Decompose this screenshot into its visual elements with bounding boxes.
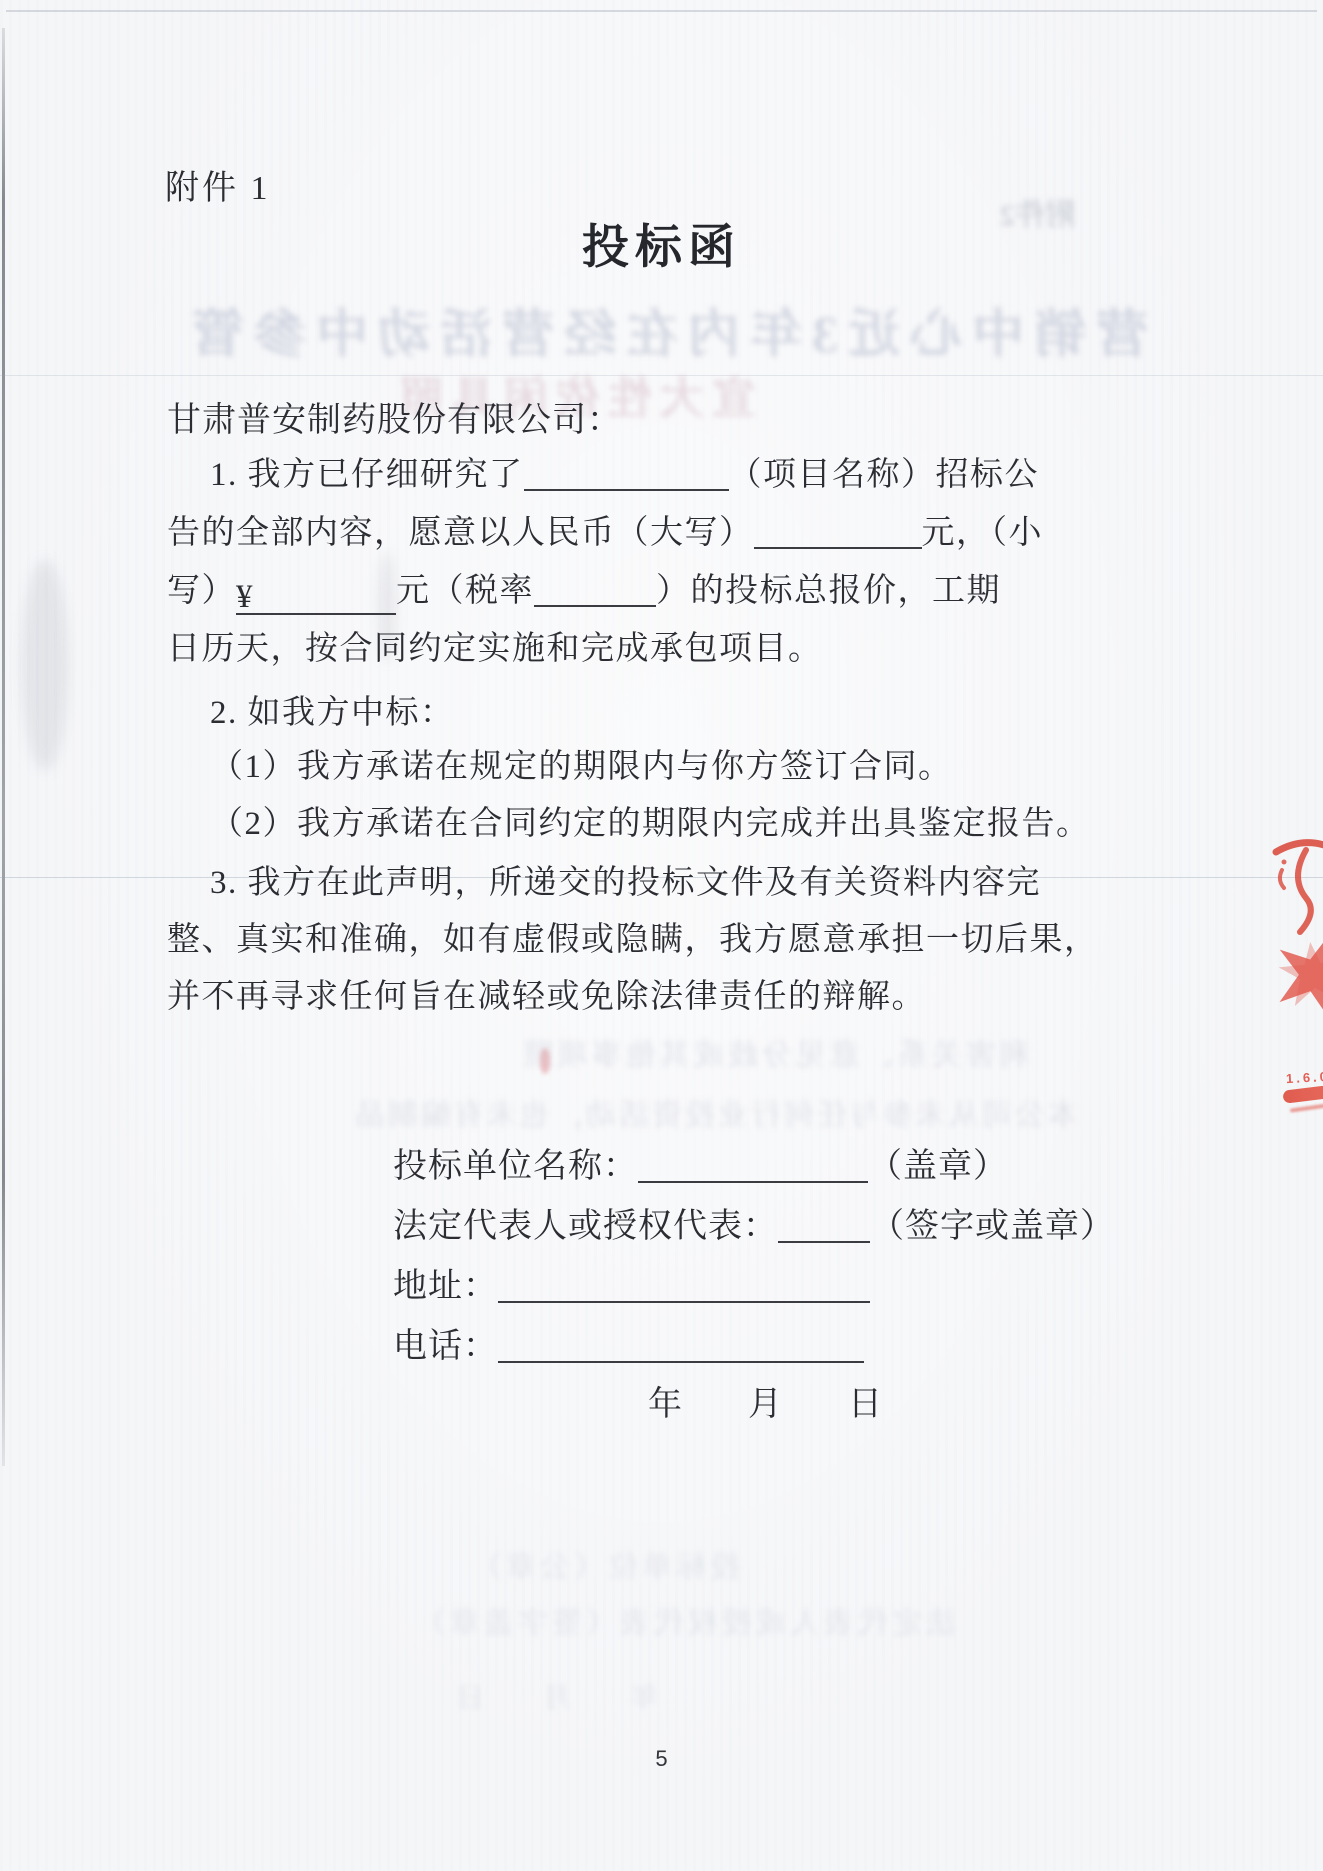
page-number: 5	[0, 1746, 1323, 1772]
legal-representative-row: 法定代表人或授权代表：（签字或盖章）	[393, 1198, 1115, 1247]
red-handwriting-stamp-fragment	[1272, 836, 1323, 940]
paragraph-2-item-2: （2）我方承诺在合同约定的期限内完成并出具鉴定报告。	[167, 797, 1070, 844]
red-stamp-streak-shadow	[1290, 1103, 1323, 1112]
legal-representative-blank	[778, 1207, 870, 1243]
date-day-label: 日	[848, 1386, 882, 1423]
amount-in-words-blank	[754, 513, 922, 549]
bidder-name-label: 投标单位名称：	[393, 1148, 638, 1185]
paragraph-1-line-1: 1. 我方已仔细研究了（项目名称）招标公	[167, 448, 1070, 495]
date-year-label: 年	[648, 1386, 682, 1423]
paragraph-text: 告的全部内容，愿意以人民币（大写）	[167, 515, 754, 551]
paragraph-1-line-2: 告的全部内容，愿意以人民币（大写）元，（小	[167, 506, 1027, 553]
project-name-blank	[524, 455, 729, 491]
red-star-stamp-fragment	[1276, 928, 1323, 1024]
tax-rate-blank	[534, 571, 656, 607]
paragraph-2: 2. 如我方中标：	[167, 686, 1070, 733]
bleedthrough-text: 投标单位（公章）	[468, 1542, 740, 1586]
scan-edge-top	[6, 10, 1317, 12]
phone-label: 电话：	[393, 1328, 498, 1365]
paragraph-text: （项目名称）招标公	[729, 457, 1040, 493]
paragraph-3-line-2: 整、真实和准确，如有虚假或隐瞒，我方愿意承担一切后果，	[167, 913, 1027, 960]
phone-blank	[498, 1327, 864, 1363]
paragraph-3-line-1: 3. 我方在此声明，所递交的投标文件及有关资料内容完	[167, 856, 1070, 903]
paragraph-text: 元，（小	[922, 515, 1044, 551]
paragraph-3-line-3: 并不再寻求任何旨在减轻或免除法律责任的辩解。	[167, 970, 1027, 1017]
paragraph-text: （1）我方承诺在规定的期限内与你方签订合同。	[210, 749, 953, 785]
address-label: 地址：	[393, 1268, 498, 1305]
red-ink-speck	[540, 1048, 550, 1074]
red-stamp-digits: 1.6.0	[1286, 1069, 1323, 1086]
paragraph-text: 日历天，按合同约定实施和完成承包项目。	[167, 631, 823, 667]
paragraph-2-item-1: （1）我方承诺在规定的期限内与你方签订合同。	[167, 740, 1070, 787]
attachment-label: 附件 1	[165, 160, 271, 209]
bleedthrough-text: 本公司从未参与任何行业投资活动，也未有编制品	[352, 1090, 1078, 1134]
bleedthrough-text: 法定代表人或授权代表（签字盖章）	[412, 1598, 956, 1642]
red-stamp-streak	[1282, 1085, 1323, 1104]
date-row: 年月日	[648, 1376, 948, 1425]
address-blank	[498, 1267, 870, 1303]
bleedthrough-text: 利害关系、意见分歧或其他事项照	[520, 1030, 1030, 1074]
phone-row: 电话：	[393, 1318, 864, 1367]
address-row: 地址：	[393, 1258, 870, 1307]
bleedthrough-heading: 营销中心近3年内在经营活动中参管	[182, 292, 1148, 367]
salutation: 甘肃普安制药股份有限公司：	[167, 392, 622, 441]
paragraph-text: 整、真实和准确，如有虚假或隐瞒，我方愿意承担一切后果，	[167, 922, 1099, 958]
bidder-name-blank	[638, 1147, 868, 1183]
sign-or-seal-note: （签字或盖章）	[870, 1208, 1115, 1245]
scan-smudge	[22, 560, 68, 770]
scanned-bid-letter-page: 附件2 营销中心近3年内在经营活动中参管 宣大性依闲具照 利害关系、意见分歧或其…	[0, 0, 1323, 1871]
currency-symbol: ¥	[236, 579, 254, 615]
page-title: 投标函	[0, 210, 1323, 277]
fold-line-upper	[0, 375, 1323, 376]
legal-representative-label: 法定代表人或授权代表：	[393, 1208, 778, 1245]
paragraph-text: （2）我方承诺在合同约定的期限内完成并出具鉴定报告。	[210, 806, 1091, 842]
paragraph-1-line-3: 写）¥元（税率）的投标总报价，工期	[167, 564, 1027, 615]
paragraph-1-line-4: 日历天，按合同约定实施和完成承包项目。	[167, 622, 1027, 669]
paragraph-text: 并不再寻求任何旨在减轻或免除法律责任的辩解。	[167, 979, 926, 1015]
date-month-label: 月	[748, 1386, 782, 1423]
paragraph-text: 1. 我方已仔细研究了	[210, 457, 524, 493]
seal-note: （盖章）	[868, 1148, 1008, 1185]
bidder-name-row: 投标单位名称：（盖章）	[393, 1138, 1008, 1187]
paragraph-text: 2. 如我方中标：	[210, 695, 455, 731]
bleedthrough-text: 年 月 日	[430, 1676, 658, 1716]
paragraph-text: ）的投标总报价，工期	[656, 573, 1001, 609]
amount-in-figures-blank: ¥	[236, 579, 396, 615]
paragraph-text: 3. 我方在此声明，所递交的投标文件及有关资料内容完	[210, 865, 1041, 901]
paragraph-text: 元（税率	[396, 573, 534, 609]
paragraph-text: 写）	[167, 573, 236, 609]
